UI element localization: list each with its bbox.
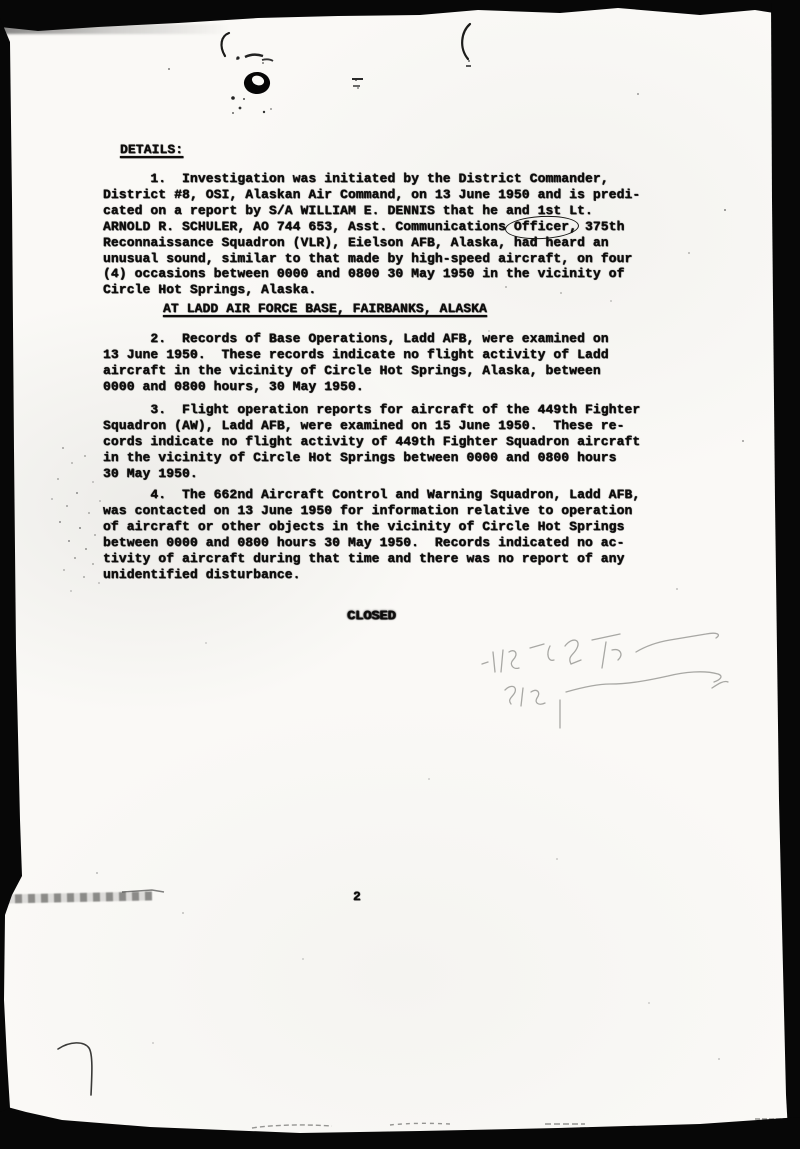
paren-mark <box>462 24 471 66</box>
bottom-edge-smudge <box>122 890 785 1128</box>
document-page: DETAILS: 1. Investigation was initiated … <box>0 0 800 1149</box>
equals-mark <box>352 79 363 86</box>
ink-curve-mark <box>222 33 273 61</box>
pencil-annotation <box>482 633 728 728</box>
hook-pen-mark <box>58 1043 92 1095</box>
scan-marks-overlay <box>0 0 800 1149</box>
ink-blob <box>231 72 270 113</box>
